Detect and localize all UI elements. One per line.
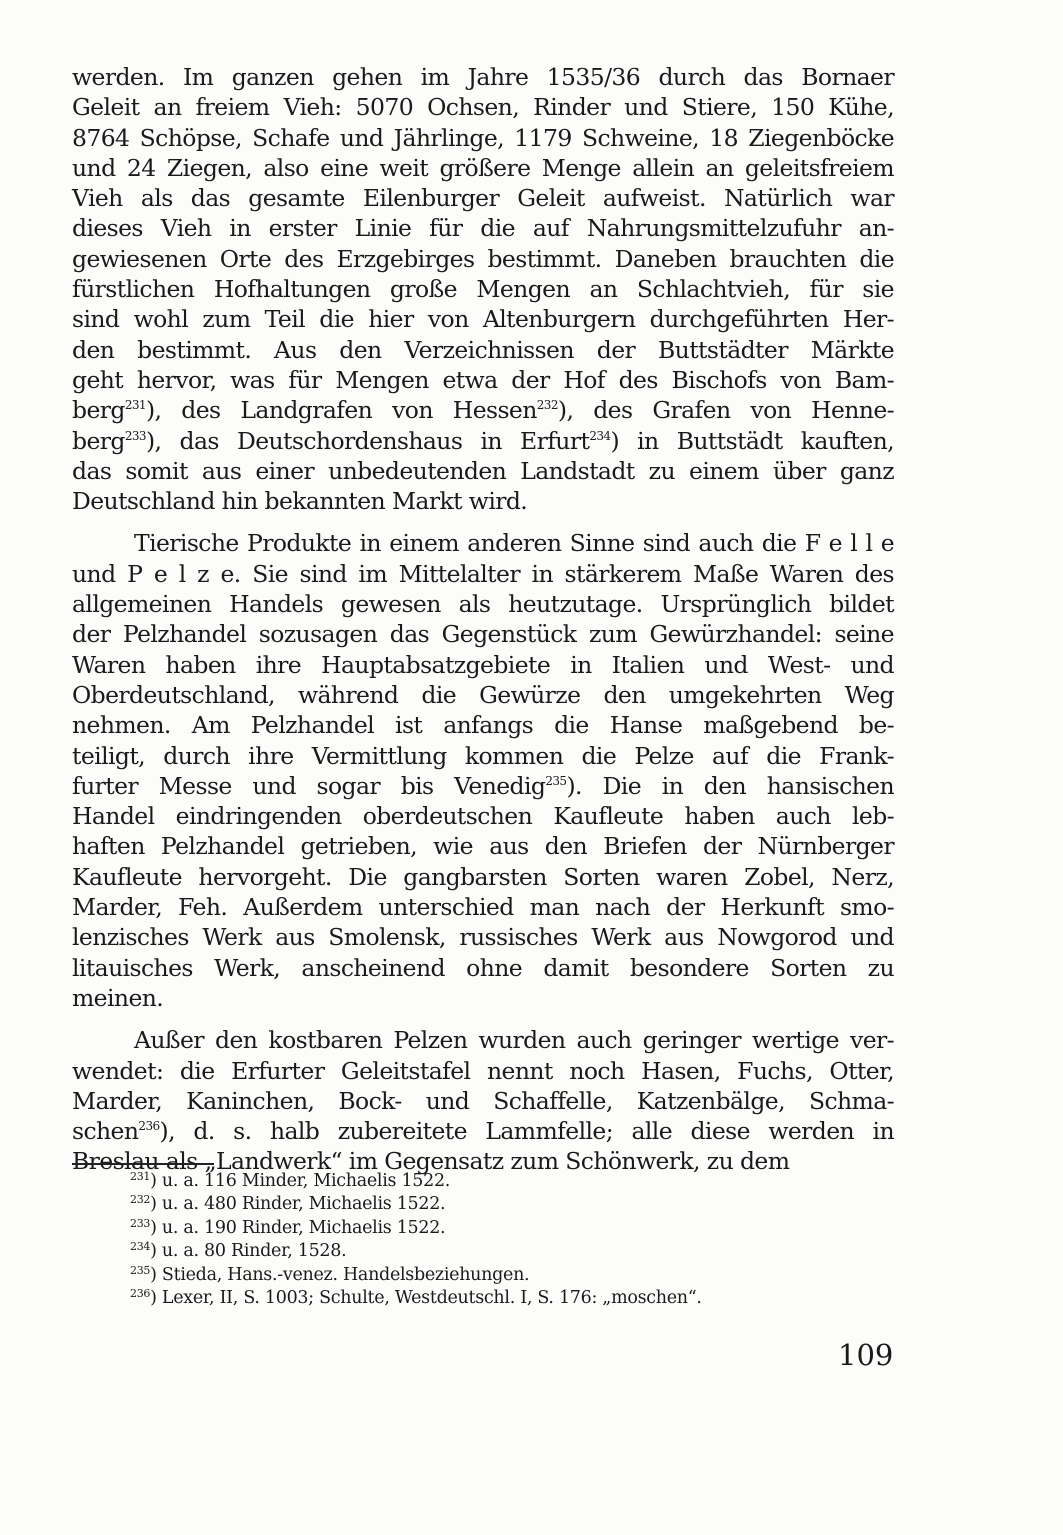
footnote-ref: 234 (589, 429, 610, 443)
footnote-text: ) u. a. 190 Rinder, Michaelis 1522. (150, 1218, 445, 1238)
text-line: litauisches Werk, anscheinend ohne damit… (72, 953, 894, 983)
footnote-ref: 231 (125, 398, 146, 412)
paragraph-gap (72, 1013, 894, 1025)
footnote-number: 236 (130, 1287, 150, 1300)
text-line: allgemeinen Handels gewesen als heutzuta… (72, 589, 894, 619)
text-line: berg231), des Landgrafen von Hessen232),… (72, 395, 894, 425)
footnote: 234) u. a. 80 Rinder, 1528. (130, 1240, 890, 1263)
footnote: 235) Stieda, Hans.-venez. Handelsbeziehu… (130, 1264, 890, 1287)
text-line: werden. Im ganzen gehen im Jahre 1535/36… (72, 62, 894, 92)
text-line: meinen. (72, 983, 894, 1013)
footnote-rule (72, 1163, 214, 1165)
text-line: nehmen. Am Pelzhandel ist anfangs die Ha… (72, 710, 894, 740)
main-text: werden. Im ganzen gehen im Jahre 1535/36… (72, 62, 894, 1177)
text-line: Kaufleute hervorgeht. Die gangbarsten So… (72, 862, 894, 892)
footnote: 233) u. a. 190 Rinder, Michaelis 1522. (130, 1217, 890, 1240)
footnote-text: ) u. a. 116 Minder, Michaelis 1522. (150, 1171, 450, 1191)
text-line: Geleit an freiem Vieh: 5070 Ochsen, Rind… (72, 92, 894, 122)
text-line: teiligt, durch ihre Vermittlung kommen d… (72, 741, 894, 771)
text-line: Marder, Kaninchen, Bock- und Schaffelle,… (72, 1086, 894, 1116)
text-line: 8764 Schöpse, Schafe und Jährlinge, 1179… (72, 123, 894, 153)
text-line: und 24 Ziegen, also eine weit größere Me… (72, 153, 894, 183)
footnotes: 231) u. a. 116 Minder, Michaelis 1522.23… (130, 1170, 890, 1310)
text-line: Oberdeutschland, während die Gewürze den… (72, 680, 894, 710)
text-line: sind wohl zum Teil die hier von Altenbur… (72, 304, 894, 334)
text-line: berg233), das Deutschordenshaus in Erfur… (72, 426, 894, 456)
footnote-number: 233 (130, 1217, 150, 1230)
text-line: dieses Vieh in erster Linie für die auf … (72, 213, 894, 243)
text-line: Waren haben ihre Hauptabsatzgebiete in I… (72, 650, 894, 680)
text-line: Tierische Produkte in einem anderen Sinn… (72, 528, 894, 558)
footnote-ref: 236 (138, 1119, 159, 1133)
footnote-number: 235 (130, 1264, 150, 1277)
text-line: den bestimmt. Aus den Verzeichnissen der… (72, 335, 894, 365)
text-line: haften Pelzhandel getrieben, wie aus den… (72, 831, 894, 861)
text-line: Deutschland hin bekannten Markt wird. (72, 486, 894, 516)
footnote-text: ) Lexer, II, S. 1003; Schulte, Westdeuts… (150, 1288, 702, 1308)
text-line: fürstlichen Hofhaltungen große Mengen an… (72, 274, 894, 304)
text-line: der Pelzhandel sozusagen das Gegenstück … (72, 619, 894, 649)
text-line: wendet: die Erfurter Geleitstafel nennt … (72, 1056, 894, 1086)
text-line: das somit aus einer unbedeutenden Landst… (72, 456, 894, 486)
text-line: Vieh als das gesamte Eilenburger Geleit … (72, 183, 894, 213)
footnote-number: 231 (130, 1170, 150, 1183)
footnote: 231) u. a. 116 Minder, Michaelis 1522. (130, 1170, 890, 1193)
footnote-ref: 232 (537, 398, 558, 412)
text-line: lenzisches Werk aus Smolensk, russisches… (72, 922, 894, 952)
text-line: gewiesenen Orte des Erzgebirges bestimmt… (72, 244, 894, 274)
text-line: und P e l z e. Sie sind im Mittelalter i… (72, 559, 894, 589)
text-line: Außer den kostbaren Pelzen wurden auch g… (72, 1025, 894, 1055)
paragraph-gap (72, 516, 894, 528)
footnote: 236) Lexer, II, S. 1003; Schulte, Westde… (130, 1287, 890, 1310)
footnote-text: ) u. a. 80 Rinder, 1528. (150, 1241, 346, 1261)
text-line: Handel eindringenden oberdeutschen Kaufl… (72, 801, 894, 831)
footnote-ref: 233 (125, 429, 146, 443)
footnote-number: 234 (130, 1240, 150, 1253)
text-line: schen236), d. s. halb zubereitete Lammfe… (72, 1116, 894, 1146)
text-line: geht hervor, was für Mengen etwa der Hof… (72, 365, 894, 395)
footnote-text: ) u. a. 480 Rinder, Michaelis 1522. (150, 1194, 445, 1214)
footnote-number: 232 (130, 1193, 150, 1206)
text-line: furter Messe und sogar bis Venedig235). … (72, 771, 894, 801)
page-number: 109 (838, 1338, 893, 1372)
text-line: Marder, Feh. Außerdem unterschied man na… (72, 892, 894, 922)
footnote: 232) u. a. 480 Rinder, Michaelis 1522. (130, 1193, 890, 1216)
footnote-ref: 235 (545, 774, 566, 788)
footnote-text: ) Stieda, Hans.-venez. Handelsbeziehunge… (150, 1265, 529, 1285)
